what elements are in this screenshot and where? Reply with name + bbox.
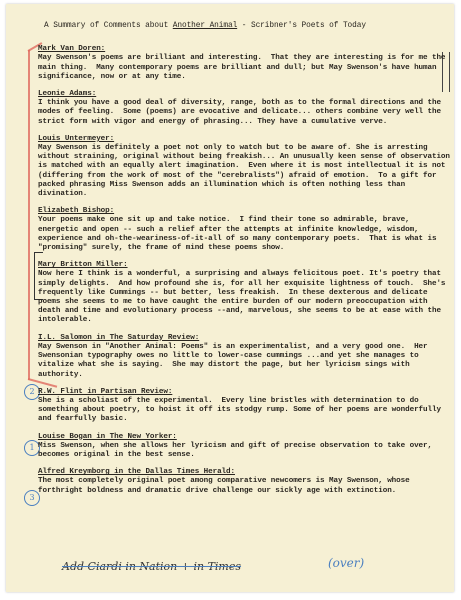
handwritten-note: Add Ciardi in Nation + in Times — [62, 560, 241, 573]
comment-text: I think you have a good deal of diversit… — [38, 99, 450, 127]
comment-section: R.W. Flint in Partisan Review:She is a s… — [38, 388, 450, 425]
comment-author: Louis Untermeyer: — [38, 135, 114, 144]
comment-author: Mary Britton Miller: — [38, 261, 128, 270]
comment-section: Mary Britton Miller:Now here I think is … — [38, 261, 450, 325]
comment-text: The most completely original poet among … — [38, 477, 450, 495]
comment-author: Louise Bogan in The New Yorker: — [38, 433, 177, 442]
comment-section: Alfred Kreymborg in the Dallas Times Her… — [38, 468, 450, 496]
comment-author: Alfred Kreymborg in the Dallas Times Her… — [38, 468, 235, 477]
comment-text: Now here I think is a wonderful, a surpr… — [38, 270, 450, 325]
handwritten-note-over: (over) — [328, 556, 364, 570]
comment-section: Louise Bogan in The New Yorker:Miss Swen… — [38, 433, 450, 461]
document-title: A Summary of Comments about Another Anim… — [44, 22, 450, 31]
comment-section: Louis Untermeyer:May Swenson is definite… — [38, 135, 450, 199]
comment-text: Your poems make one sit up and take noti… — [38, 216, 450, 253]
comment-section: Leonie Adams:I think you have a good dea… — [38, 90, 450, 127]
comment-author: R.W. Flint in Partisan Review: — [38, 388, 172, 397]
typed-text: A Summary of Comments about Another Anim… — [38, 22, 450, 504]
comment-section: Elizabeth Bishop:Your poems make one sit… — [38, 207, 450, 253]
comment-author: Mark Van Doren: — [38, 45, 105, 54]
comment-text: May Swenson's poems are brilliant and in… — [38, 54, 450, 82]
comment-author: Leonie Adams: — [38, 90, 96, 99]
comment-author: I.L. Salomon in The Saturday Review: — [38, 334, 199, 343]
red-margin-line — [28, 50, 30, 380]
comment-text: May Swenson is definitely a poet not onl… — [38, 144, 450, 199]
document-page: 2 1 3 A Summary of Comments about Anothe… — [6, 4, 454, 592]
comment-author: Elizabeth Bishop: — [38, 207, 114, 216]
comment-section: I.L. Salomon in The Saturday Review:May … — [38, 334, 450, 380]
comment-text: Miss Swenson, when she allows her lyrici… — [38, 442, 450, 460]
comment-text: She is a scholiast of the experimental. … — [38, 397, 450, 425]
comment-text: May Swenson in "Another Animal: Poems" i… — [38, 343, 450, 380]
comment-section: Mark Van Doren:May Swenson's poems are b… — [38, 45, 450, 82]
